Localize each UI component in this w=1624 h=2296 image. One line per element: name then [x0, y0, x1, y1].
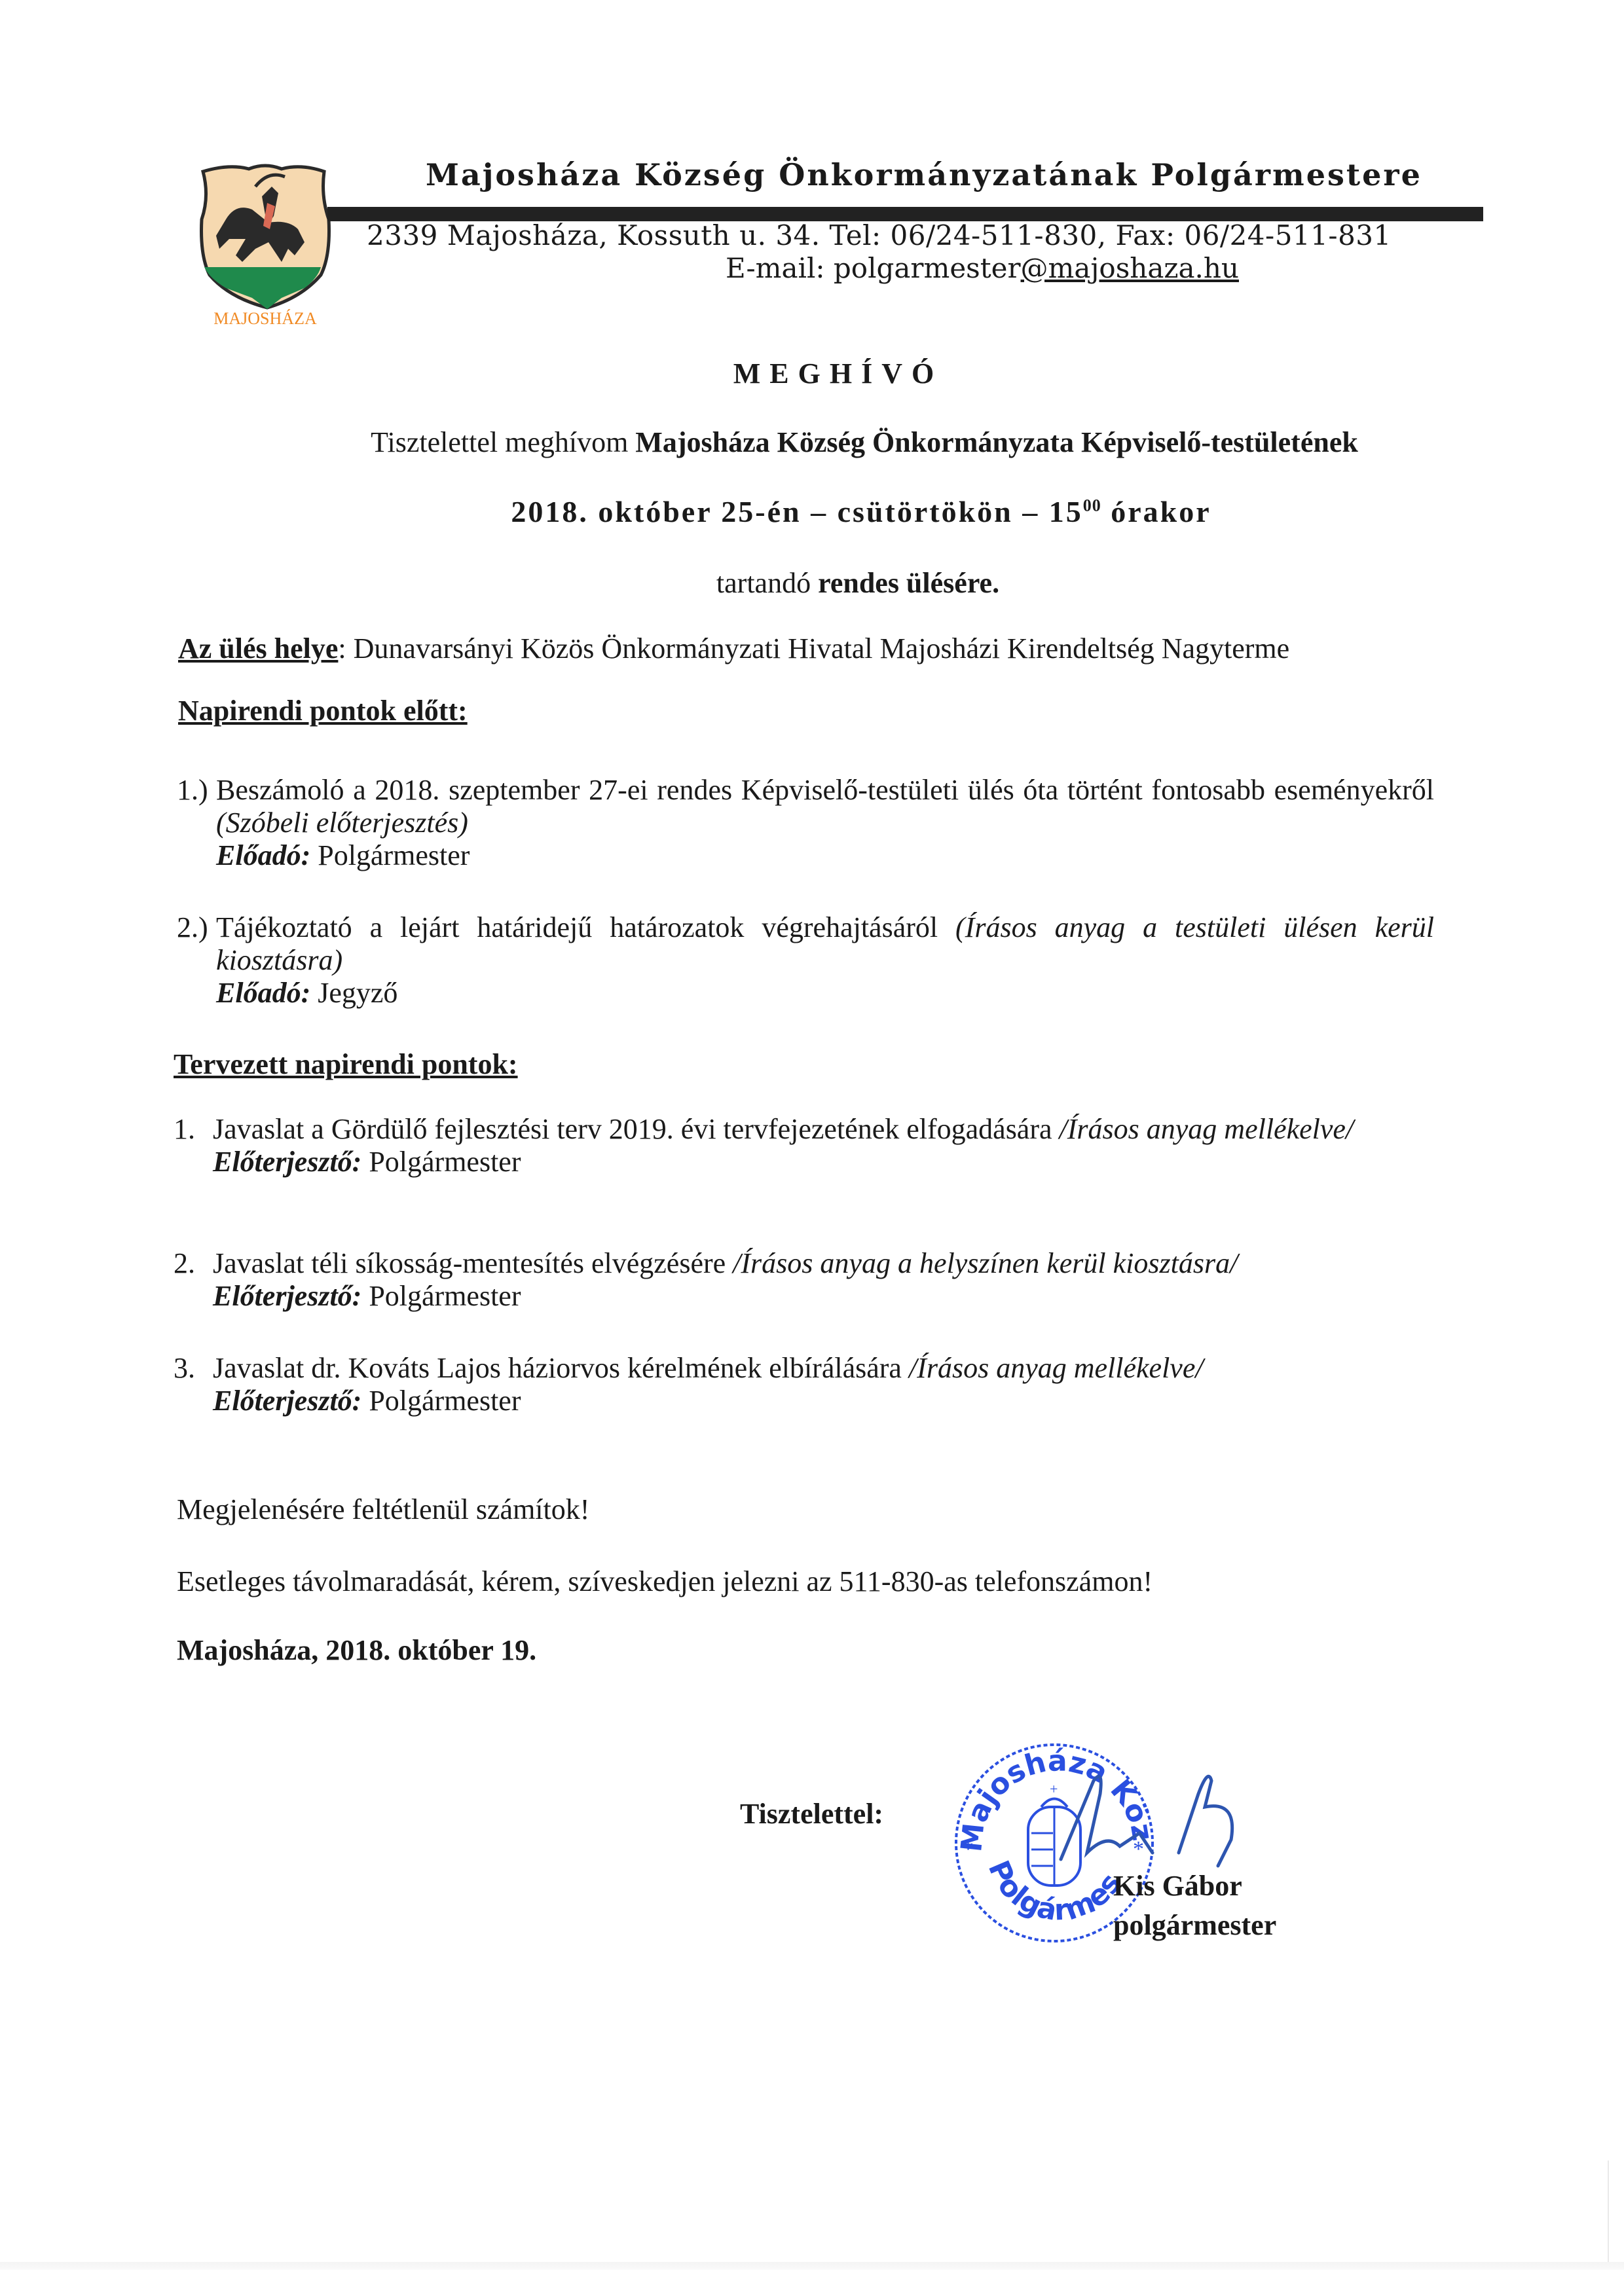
item-body: Javaslat a Gördülő fejlesztési terv 2019…	[213, 1113, 1431, 1178]
item-note: /Írásos anyag mellékelve/	[909, 1352, 1204, 1384]
agenda-item: 2. Javaslat téli síkosság-mentesítés elv…	[174, 1247, 1444, 1319]
email-domain-link[interactable]: @majoshaza.hu	[1021, 252, 1239, 284]
item-number: 1.)	[177, 774, 208, 807]
venue-label: Az ülés helye	[178, 632, 338, 665]
pre-agenda-item: 2.) Tájékoztató a lejárt határidejű hatá…	[177, 911, 1447, 1016]
place-and-date: Majosháza, 2018. október 19.	[177, 1633, 536, 1667]
item-note: /Írásos anyag mellékelve/	[1060, 1113, 1354, 1145]
svg-text:*: *	[963, 1837, 974, 1861]
meeting-type-lead: tartandó	[716, 567, 818, 599]
meeting-type: rendes ülésére.	[818, 567, 999, 599]
signature-salutation: Tisztelettel:	[740, 1797, 883, 1831]
meeting-time-minutes: 00	[1083, 496, 1101, 515]
item-role-label: Előadó:	[216, 977, 310, 1009]
closing-absence-note: Esetleges távolmaradását, kérem, szívesk…	[177, 1565, 1153, 1598]
email-label: E-mail:	[726, 252, 834, 284]
item-role-value: Polgármester	[361, 1385, 521, 1417]
item-body: Beszámoló a 2018. szeptember 27-ei rende…	[216, 774, 1434, 872]
item-role-label: Előterjesztő:	[213, 1146, 361, 1178]
item-body: Tájékoztató a lejárt határidejű határoza…	[216, 911, 1434, 1010]
item-text: Beszámoló a 2018. szeptember 27-ei rende…	[216, 774, 1434, 806]
scan-edge-bottom	[0, 2262, 1624, 2270]
venue-colon: :	[338, 632, 353, 665]
closing-expectation: Megjelenésére feltétlenül számítok!	[177, 1493, 589, 1526]
issuer-address: 2339 Majosháza, Kossuth u. 34. Tel: 06/2…	[367, 219, 1480, 251]
meeting-date: 2018. október 25-én – csütörtökön – 15	[511, 495, 1082, 528]
item-number: 2.	[174, 1247, 195, 1280]
signer-title: polgármester	[1113, 1908, 1276, 1942]
handwritten-signature	[1048, 1755, 1277, 1886]
meeting-time-suffix: órakor	[1101, 495, 1211, 528]
pre-agenda-item: 1.) Beszámoló a 2018. szeptember 27-ei r…	[177, 774, 1447, 879]
signer-name: Kis Gábor	[1113, 1869, 1242, 1903]
issuer-email: E-mail: polgarmester@majoshaza.hu	[367, 252, 1480, 284]
item-body: Javaslat téli síkosság-mentesítés elvégz…	[213, 1247, 1431, 1313]
meeting-datetime: 2018. október 25-én – csütörtökön – 1500…	[0, 494, 1624, 529]
item-role-value: Polgármester	[361, 1146, 521, 1178]
agenda-item: 1. Javaslat a Gördülő fejlesztési terv 2…	[174, 1113, 1444, 1218]
item-text: Tájékoztató a lejárt határidejű határoza…	[216, 911, 955, 943]
item-number: 2.)	[177, 911, 208, 944]
item-role-label: Előterjesztő:	[213, 1385, 361, 1417]
item-number: 3.	[174, 1352, 195, 1385]
item-body: Javaslat dr. Kováts Lajos háziorvos kére…	[213, 1352, 1431, 1417]
email-user: polgarmester	[834, 252, 1021, 284]
municipal-crest-logo: MAJOSHÁZA	[190, 157, 341, 327]
invitation-line: Tisztelettel meghívom Majosháza Község Ö…	[0, 426, 1624, 459]
document-title: MEGHÍVÓ	[0, 357, 1624, 390]
item-role-value: Polgármester	[310, 839, 470, 871]
pre-agenda-heading: Napirendi pontok előtt:	[178, 694, 468, 727]
item-note: /Írásos anyag a helyszínen kerül kiosztá…	[733, 1247, 1238, 1279]
agenda-heading: Tervezett napirendi pontok:	[174, 1048, 518, 1081]
meeting-type-line: tartandó rendes ülésére.	[0, 566, 1624, 600]
issuer-heading: Majosháza Község Önkormányzatának Polgár…	[426, 157, 1473, 192]
item-role-label: Előterjesztő:	[213, 1280, 361, 1312]
venue-line: Az ülés helye: Dunavarsányi Közös Önkorm…	[178, 632, 1289, 665]
item-role-value: Polgármester	[361, 1280, 521, 1312]
item-text: Javaslat dr. Kováts Lajos háziorvos kére…	[213, 1352, 909, 1384]
item-text: Javaslat téli síkosság-mentesítés elvégz…	[213, 1247, 733, 1279]
scan-edge-right	[1608, 2160, 1609, 2265]
item-number: 1.	[174, 1113, 195, 1146]
venue-value: Dunavarsányi Közös Önkormányzati Hivatal…	[354, 632, 1290, 665]
item-note: (Szóbeli előterjesztés)	[216, 807, 468, 839]
invitation-lead: Tisztelettel meghívom	[371, 426, 635, 458]
agenda-item: 3. Javaslat dr. Kováts Lajos háziorvos k…	[174, 1352, 1444, 1424]
item-text: Javaslat a Gördülő fejlesztési terv 2019…	[213, 1113, 1060, 1145]
invitation-body: Majosháza Község Önkormányzata Képviselő…	[635, 426, 1358, 458]
item-role-value: Jegyző	[310, 977, 397, 1009]
svg-text:MAJOSHÁZA: MAJOSHÁZA	[213, 309, 317, 327]
item-role-label: Előadó:	[216, 839, 310, 871]
